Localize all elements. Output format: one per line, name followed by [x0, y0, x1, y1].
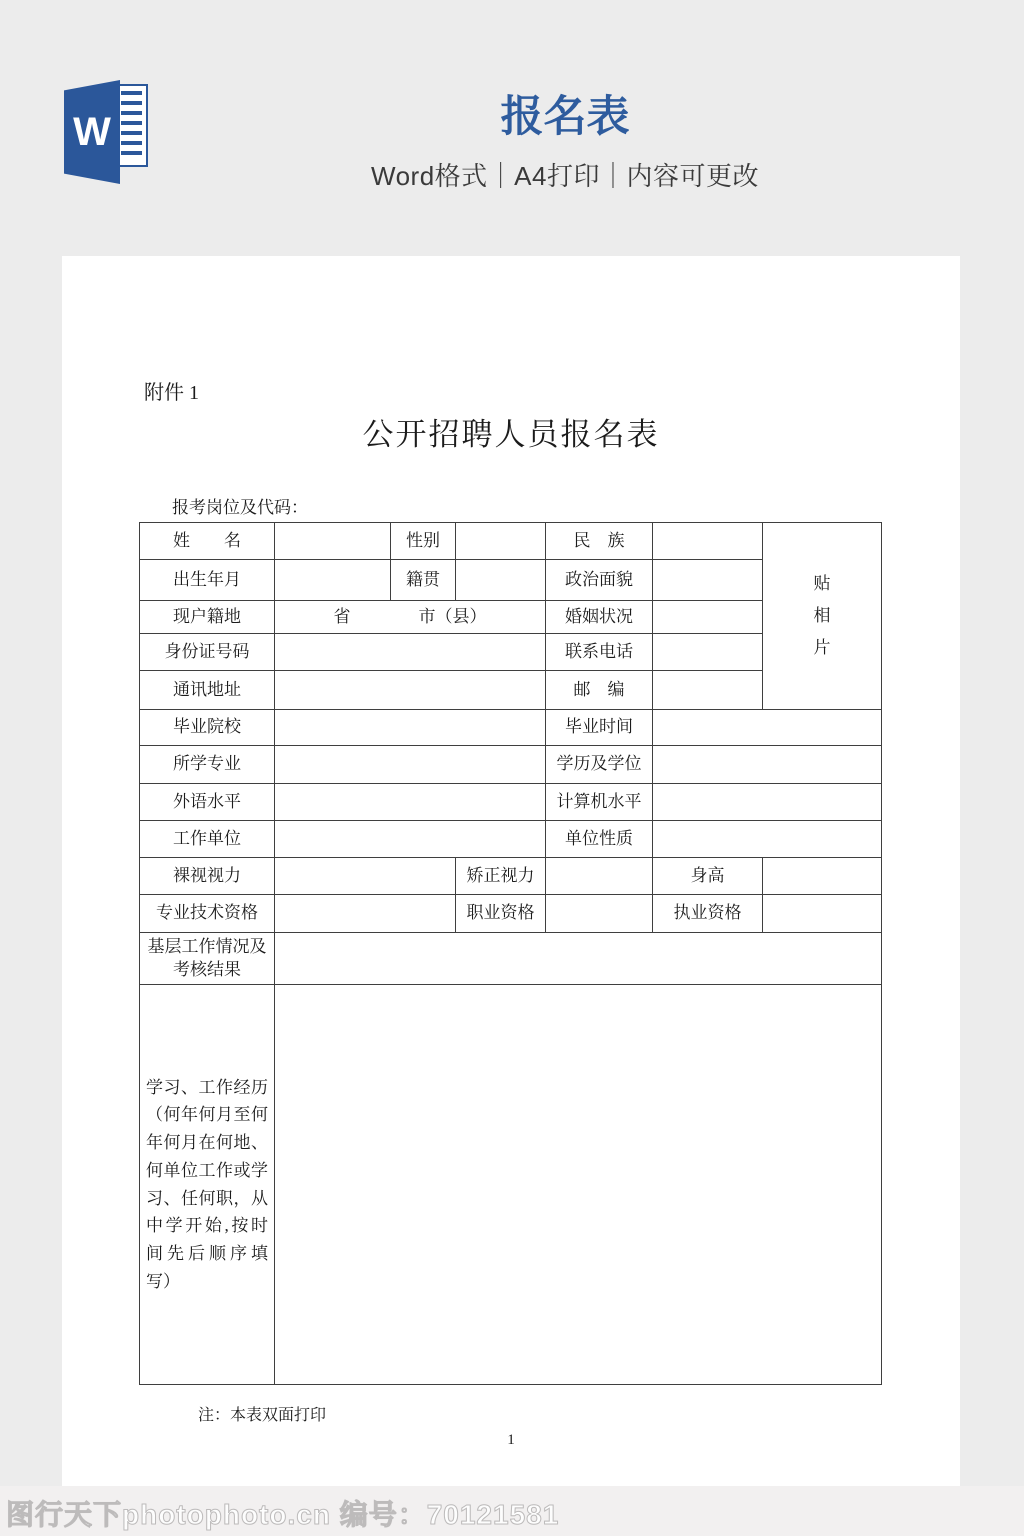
field-label-cell: 基层工作情况及考核结果: [140, 933, 275, 985]
field-label-cell: 所学专业: [140, 746, 275, 784]
field-value-cell: [275, 560, 391, 601]
table-row: 所学专业学历及学位: [140, 746, 882, 784]
word-icon-letter: W: [73, 112, 111, 152]
attachment-label: 附件 1: [144, 376, 199, 405]
word-document-icon: W: [64, 80, 150, 184]
field-label-cell: 婚姻状况: [546, 601, 653, 634]
watermark-text: 图行天下photophoto.cn 编号：70121581: [6, 1493, 559, 1533]
field-label-cell: 现户籍地: [140, 601, 275, 634]
field-value-cell: [275, 858, 456, 895]
field-value-cell: [275, 784, 546, 821]
document-page: 附件 1 公开招聘人员报名表 报考岗位及代码： 姓 名性别民 族贴相片出生年月籍…: [62, 256, 960, 1488]
field-label-cell: 出生年月: [140, 560, 275, 601]
field-label-cell: 工作单位: [140, 821, 275, 858]
field-label-cell: 毕业院校: [140, 710, 275, 746]
page-background: { "header": { "title": "报名表", "subtitle"…: [0, 0, 1024, 1536]
field-value-cell: [653, 746, 882, 784]
field-label-cell: 毕业时间: [546, 710, 653, 746]
field-value-cell: [456, 523, 546, 560]
field-label-cell: 矫正视力: [456, 858, 546, 895]
table-row: 外语水平计算机水平: [140, 784, 882, 821]
field-label-cell: 计算机水平: [546, 784, 653, 821]
word-icon-panel: W: [64, 80, 120, 184]
field-value-cell: [653, 560, 763, 601]
table-row: 毕业院校毕业时间: [140, 710, 882, 746]
field-value-cell: [275, 523, 391, 560]
registration-form-table: 姓 名性别民 族贴相片出生年月籍贯政治面貌现户籍地省 市（县）婚姻状况身份证号码…: [139, 522, 882, 1385]
field-value-cell: [275, 710, 546, 746]
field-value-cell: [275, 671, 546, 710]
field-label-cell: 性别: [391, 523, 456, 560]
page-number: 1: [62, 1432, 960, 1449]
field-value-cell: [275, 985, 882, 1385]
word-icon-text-lines: [121, 91, 142, 160]
field-value-cell: [763, 895, 882, 933]
field-value-cell: [653, 601, 763, 634]
field-label-cell: 联系电话: [546, 634, 653, 671]
photo-cell: 贴相片: [763, 523, 882, 710]
form-title: 公开招聘人员报名表: [62, 409, 960, 454]
field-label-cell: 邮 编: [546, 671, 653, 710]
field-value-cell: 省 市（县）: [275, 601, 546, 634]
field-value-cell: [653, 671, 763, 710]
field-value-cell: [763, 858, 882, 895]
table-row: 裸视视力矫正视力身高: [140, 858, 882, 895]
field-label-cell: 职业资格: [456, 895, 546, 933]
field-label-cell: 执业资格: [653, 895, 763, 933]
field-value-cell: [456, 560, 546, 601]
print-note: 注：本表双面打印: [198, 1402, 326, 1425]
table-row: 专业技术资格职业资格执业资格: [140, 895, 882, 933]
field-label-cell: 政治面貌: [546, 560, 653, 601]
field-label-cell: 学历及学位: [546, 746, 653, 784]
field-label-cell: 姓 名: [140, 523, 275, 560]
field-value-cell: [275, 821, 546, 858]
field-label-cell: 籍贯: [391, 560, 456, 601]
photo-label: 贴相片: [813, 568, 832, 665]
field-value-cell: [275, 895, 456, 933]
field-value-cell: [546, 895, 653, 933]
field-value-cell: [653, 821, 882, 858]
footer-strip: 图行天下photophoto.cn 编号：70121581: [0, 1486, 1024, 1536]
table-row: 学习、工作经历（何年何月至何年何月在何地、何单位工作或学习、任何职，从中学开始,…: [140, 985, 882, 1385]
position-code-label: 报考岗位及代码：: [172, 493, 308, 518]
field-value-cell: [275, 746, 546, 784]
field-value-cell: [653, 634, 763, 671]
field-value-cell: [275, 933, 882, 985]
field-value-cell: [275, 634, 546, 671]
field-value-cell: [653, 784, 882, 821]
field-value-cell: [653, 710, 882, 746]
field-label-cell: 专业技术资格: [140, 895, 275, 933]
field-label-cell: 学习、工作经历（何年何月至何年何月在何地、何单位工作或学习、任何职，从中学开始,…: [140, 985, 275, 1385]
field-label-cell: 单位性质: [546, 821, 653, 858]
table-row: 基层工作情况及考核结果: [140, 933, 882, 985]
field-label-cell: 外语水平: [140, 784, 275, 821]
field-value-cell: [653, 523, 763, 560]
table-row: 姓 名性别民 族贴相片: [140, 523, 882, 560]
field-label-cell: 民 族: [546, 523, 653, 560]
field-label-cell: 裸视视力: [140, 858, 275, 895]
table-row: 工作单位单位性质: [140, 821, 882, 858]
template-title: 报名表: [335, 94, 795, 141]
field-label-cell: 身份证号码: [140, 634, 275, 671]
field-label-cell: 身高: [653, 858, 763, 895]
field-label-cell: 通讯地址: [140, 671, 275, 710]
field-value-cell: [546, 858, 653, 895]
template-subtitle: Word格式｜A4打印｜内容可更改: [285, 156, 845, 193]
